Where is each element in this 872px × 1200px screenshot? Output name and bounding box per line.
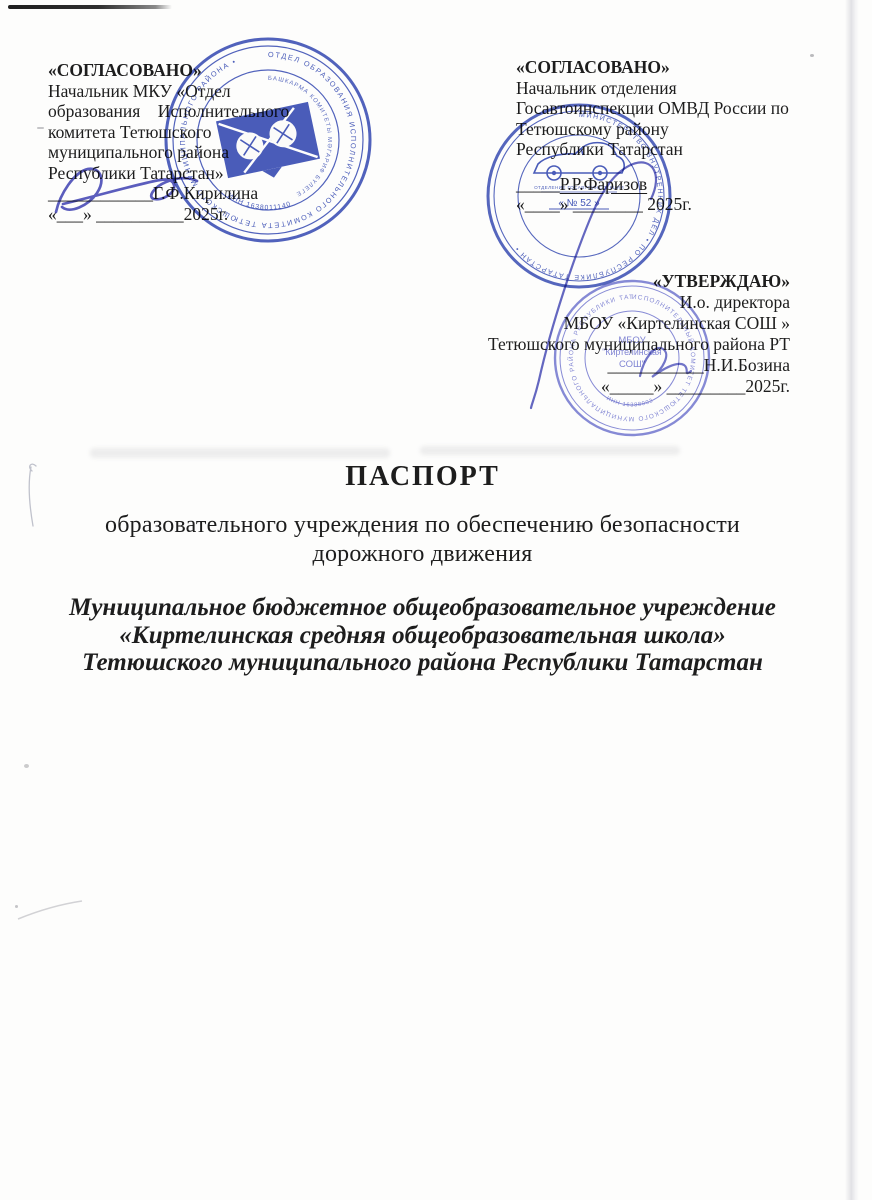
signer-name: Н.И.Бозина bbox=[704, 355, 790, 375]
scanned-document-page: «СОГЛАСОВАНО» Начальник МКУ «Отдел образ… bbox=[0, 0, 872, 1200]
bleed-through-ghost bbox=[420, 446, 680, 455]
bleed-through-ghost bbox=[90, 448, 390, 458]
stamp-school-center-text: МБОУ "Киртелинская СОШ" bbox=[602, 335, 662, 370]
scan-speck bbox=[15, 905, 18, 908]
stamp-school-center-line: МБОУ bbox=[618, 335, 646, 346]
organization-name: Муниципальное бюджетное общеобразователь… bbox=[0, 594, 845, 677]
stamp-school: ИСПОЛНИТЕЛЬНЫЙ КОМИТЕТ ТЕТЮШСКОГО МУНИЦИ… bbox=[551, 277, 713, 439]
stamp-school-center-line: СОШ" bbox=[619, 359, 645, 370]
signature-rule: ____________ bbox=[48, 183, 153, 203]
subtitle-line: дорожного движения bbox=[0, 540, 845, 569]
stamp-gibdd-small-text: ОТДЕЛЕНИЕ ГОСАВТОИНСПЕКЦИИ bbox=[534, 185, 624, 190]
scan-crease bbox=[18, 901, 82, 919]
paper-edge-shadow bbox=[845, 0, 859, 1200]
approval-right-heading: «СОГЛАСОВАНО» bbox=[516, 57, 816, 78]
organization-line: «Киртелинская средняя общеобразовательна… bbox=[0, 622, 845, 650]
approval-right-line: Начальник отделения bbox=[516, 78, 816, 99]
scan-speck bbox=[24, 764, 29, 768]
car-icon bbox=[534, 143, 624, 180]
svg-text:ИНН 16388003: ИНН 16388003 bbox=[605, 396, 654, 409]
stamp-school-center-line: "Киртелинская bbox=[602, 347, 662, 357]
stamp-school-inn-text: ИНН 16388003 bbox=[605, 396, 654, 409]
organization-line: Муниципальное бюджетное общеобразователь… bbox=[0, 594, 845, 622]
stamp-rings bbox=[555, 281, 709, 435]
scan-speck bbox=[37, 127, 44, 129]
subtitle-line: образовательного учреждения по обеспечен… bbox=[0, 511, 845, 540]
document-subtitle: образовательного учреждения по обеспечен… bbox=[0, 511, 845, 568]
stamp-education-department: ОТДЕЛ ОБРАЗОВАНИЯ ИСПОЛНИТЕЛЬНОГО КОМИТЕ… bbox=[162, 36, 374, 244]
svg-text:ИНН 1638011140: ИНН 1638011140 bbox=[226, 192, 292, 211]
organization-line: Тетюшского муниципального района Республ… bbox=[0, 649, 845, 677]
stamp-gibdd: МИНИСТЕРСТВО ВНУТРЕННИХ ДЕЛ • ПО РЕСПУБЛ… bbox=[483, 100, 675, 292]
stamp-rings bbox=[488, 105, 670, 287]
stamp-education-inn-text: ИНН 1638011140 bbox=[226, 192, 292, 211]
emblem-flag-icon bbox=[216, 102, 322, 187]
stamp-gibdd-number: « № 52 » bbox=[558, 198, 600, 209]
scan-artifact-line bbox=[8, 5, 172, 9]
document-title: ПАСПОРТ bbox=[0, 461, 845, 493]
